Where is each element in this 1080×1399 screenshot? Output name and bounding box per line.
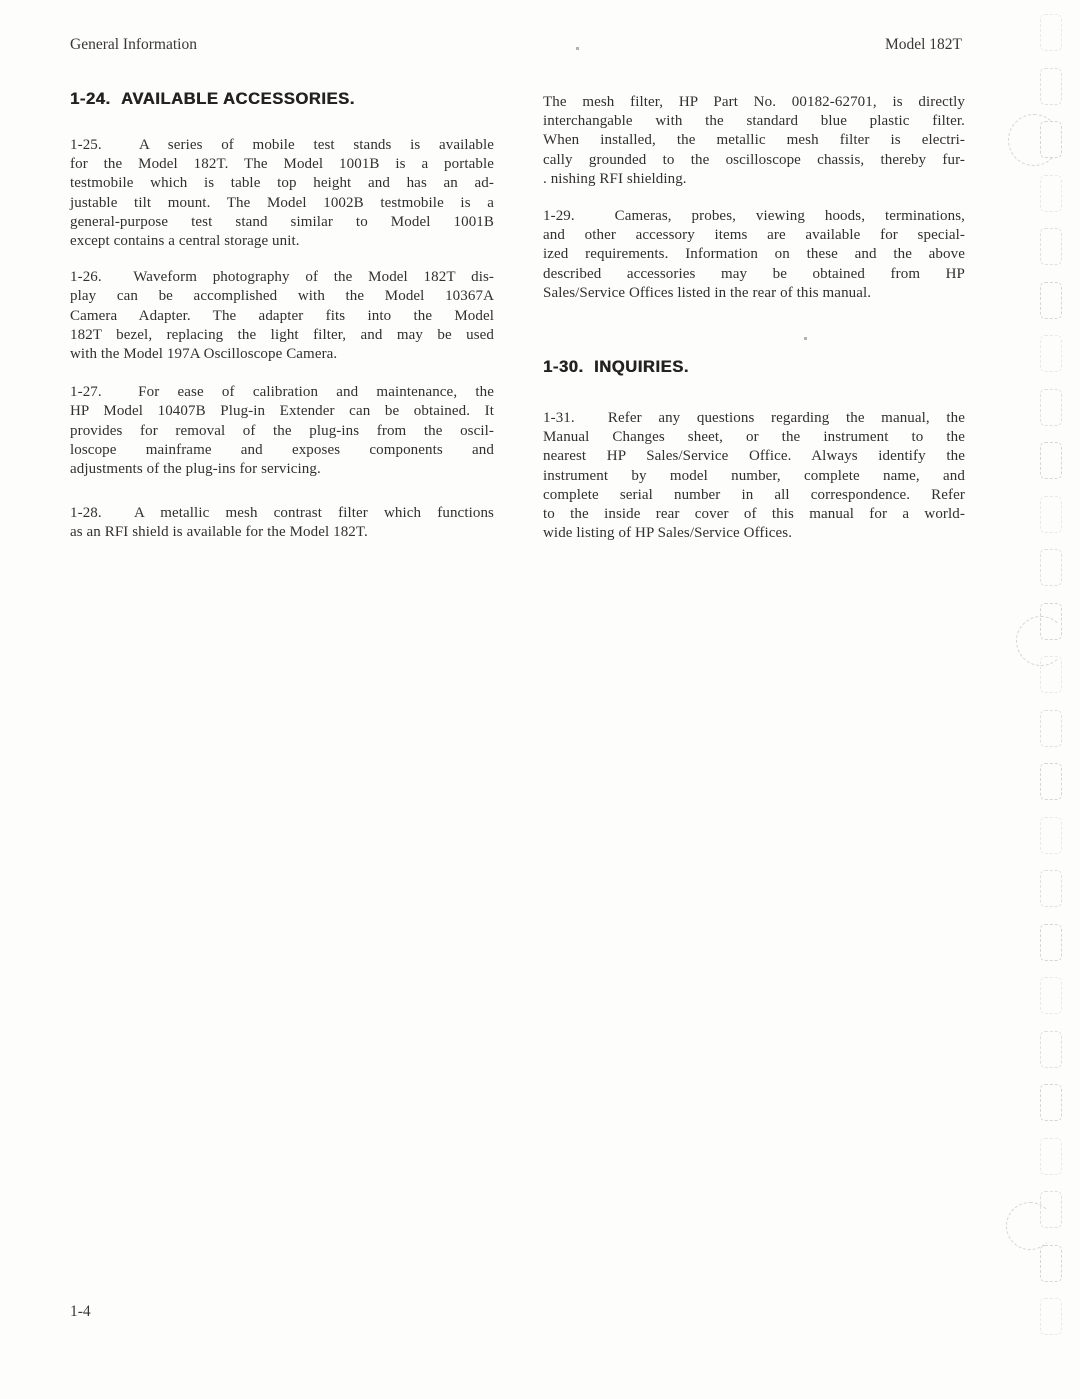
text-line: instrument by model number, complete nam… xyxy=(543,467,965,486)
binding-hole-mark xyxy=(1040,1138,1062,1175)
binding-hole-mark xyxy=(1040,763,1062,800)
text-line: 1-31. Refer any questions regarding the … xyxy=(543,409,965,428)
text-line: When installed, the metallic mesh filter… xyxy=(543,131,965,150)
text-line: testmobile which is table top height and… xyxy=(70,174,494,193)
text-line: loscope mainframe and exposes components… xyxy=(70,441,494,460)
binding-hole-mark xyxy=(1040,228,1062,265)
binding-hole-mark xyxy=(1040,175,1062,212)
right-column-paragraphs-top: The mesh filter, HP Part No. 00182-62701… xyxy=(543,93,965,303)
binding-arc-mark xyxy=(1006,1202,1054,1250)
binding-hole-mark xyxy=(1040,549,1062,586)
right-column-paragraphs-bottom: 1-31. Refer any questions regarding the … xyxy=(543,409,965,543)
text-line: 1-28. A metallic mesh contrast filter wh… xyxy=(70,504,494,523)
section-heading-inquiries: 1-30. INQUIRIES. xyxy=(543,358,965,377)
binding-hole-mark xyxy=(1040,335,1062,372)
text-line: wide listing of HP Sales/Service Offices… xyxy=(543,524,965,543)
paragraph: 1-28. A metallic mesh contrast filter wh… xyxy=(70,504,494,542)
header-section-title: General Information xyxy=(70,36,197,54)
binding-hole-mark xyxy=(1040,710,1062,747)
text-line: except contains a central storage unit. xyxy=(70,232,494,251)
text-line: for the Model 182T. The Model 1001B is a… xyxy=(70,155,494,174)
text-line: Sales/Service Offices listed in the rear… xyxy=(543,284,965,303)
text-line: to the inside rear cover of this manual … xyxy=(543,505,965,524)
text-line: described accessories may be obtained fr… xyxy=(543,265,965,284)
binding-hole-mark xyxy=(1040,389,1062,426)
text-line: 1-29. Cameras, probes, viewing hoods, te… xyxy=(543,207,965,226)
header-model-number: Model 182T xyxy=(885,36,962,54)
text-line: ized requirements. Information on these … xyxy=(543,245,965,264)
text-line: provides for removal of the plug-ins fro… xyxy=(70,422,494,441)
binding-hole-mark xyxy=(1040,977,1062,1014)
scan-speck xyxy=(576,47,579,50)
paragraph: 1-26. Waveform photography of the Model … xyxy=(70,268,494,364)
binding-hole-mark xyxy=(1040,442,1062,479)
binding-hole-mark xyxy=(1040,1031,1062,1068)
text-line: general-purpose test stand similar to Mo… xyxy=(70,213,494,232)
page-number: 1-4 xyxy=(70,1303,91,1321)
text-line: 1-25. A series of mobile test stands is … xyxy=(70,136,494,155)
text-line: interchangable with the standard blue pl… xyxy=(543,112,965,131)
text-line: 182T bezel, replacing the light filter, … xyxy=(70,326,494,345)
paragraph: 1-27. For ease of calibration and mainte… xyxy=(70,383,494,479)
text-line: adjustments of the plug-ins for servicin… xyxy=(70,460,494,479)
paragraph: 1-31. Refer any questions regarding the … xyxy=(543,409,965,543)
text-line: and other accessory items are available … xyxy=(543,226,965,245)
binding-hole-mark xyxy=(1040,817,1062,854)
left-column-paragraphs: 1-25. A series of mobile test stands is … xyxy=(70,136,494,543)
binding-hole-mark xyxy=(1040,14,1062,51)
binding-hole-mark xyxy=(1040,924,1062,961)
text-line: . nishing RFI shielding. xyxy=(543,170,965,189)
scanned-manual-page: General Information Model 182T 1-24. AVA… xyxy=(0,0,1080,1399)
text-line: The mesh filter, HP Part No. 00182-62701… xyxy=(543,93,965,112)
binding-hole-mark xyxy=(1040,1298,1062,1335)
page-header: General Information Model 182T xyxy=(70,36,962,54)
text-line: Manual Changes sheet, or the instrument … xyxy=(543,428,965,447)
text-line: complete serial number in all correspond… xyxy=(543,486,965,505)
binding-hole-mark xyxy=(1040,1245,1062,1282)
binding-arc-mark xyxy=(1016,616,1066,666)
left-column: 1-24. AVAILABLE ACCESSORIES. 1-25. A ser… xyxy=(70,85,494,543)
text-line: 1-27. For ease of calibration and mainte… xyxy=(70,383,494,402)
paragraph: 1-25. A series of mobile test stands is … xyxy=(70,136,494,251)
paragraph: 1-29. Cameras, probes, viewing hoods, te… xyxy=(543,207,965,303)
text-line: play can be accomplished with the Model … xyxy=(70,287,494,306)
section-heading-available-accessories: 1-24. AVAILABLE ACCESSORIES. xyxy=(70,90,494,109)
text-line: Camera Adapter. The adapter fits into th… xyxy=(70,307,494,326)
text-line: with the Model 197A Oscilloscope Camera. xyxy=(70,345,494,364)
binding-hole-mark xyxy=(1040,870,1062,907)
scan-speck xyxy=(804,337,807,340)
right-column: The mesh filter, HP Part No. 00182-62701… xyxy=(543,85,965,543)
paragraph: The mesh filter, HP Part No. 00182-62701… xyxy=(543,93,965,189)
text-line: as an RFI shield is available for the Mo… xyxy=(70,523,494,542)
text-line: justable tilt mount. The Model 1002B tes… xyxy=(70,194,494,213)
binding-arc-mark xyxy=(1008,114,1060,166)
text-line: cally grounded to the oscilloscope chass… xyxy=(543,151,965,170)
binding-hole-mark xyxy=(1040,1084,1062,1121)
binding-hole-mark xyxy=(1040,68,1062,105)
binding-hole-mark xyxy=(1040,282,1062,319)
text-line: nearest HP Sales/Service Office. Always … xyxy=(543,447,965,466)
binding-hole-mark xyxy=(1040,496,1062,533)
text-line: 1-26. Waveform photography of the Model … xyxy=(70,268,494,287)
text-line: HP Model 10407B Plug-in Extender can be … xyxy=(70,402,494,421)
